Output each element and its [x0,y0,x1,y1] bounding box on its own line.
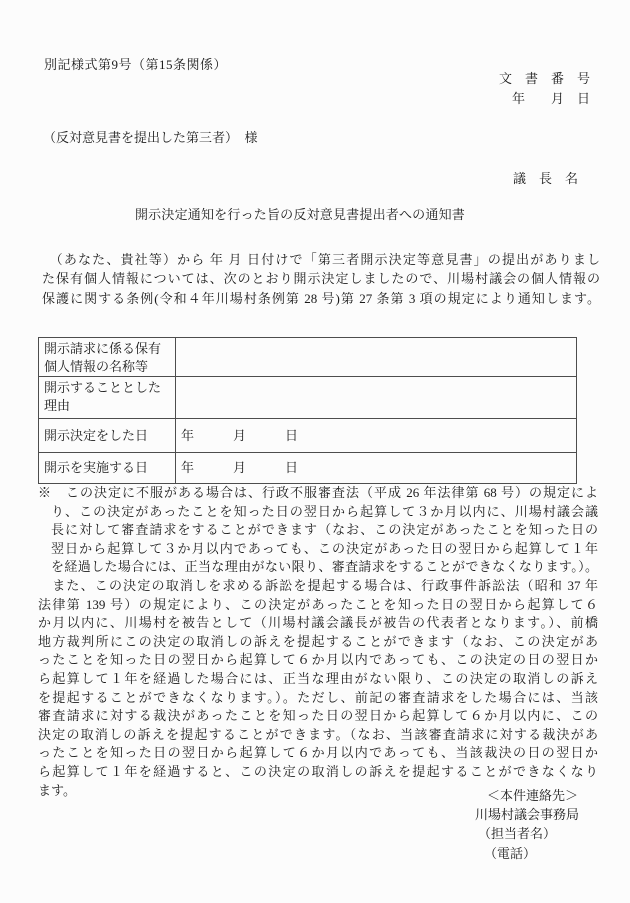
contact-person: （担当者名） [478,824,579,843]
note-line: 長に対して審査請求をすることができます（なお、この決定があったことを知った日の [38,521,598,540]
body-line: 保護に関する条例(令和４年川場村条例第 28 号)第 27 条第 3 項の規定に… [42,289,600,308]
note-line: ったことを知った日の翌日から起算して６か月以内であっても、当該裁決の日の翌日か [38,744,598,763]
note-line: ったことを知った日の翌日から起算して６か月以内であっても、この決定の日の翌日か [38,651,598,670]
body-line: （あなた、貴社等）から 年 月 日付けで「第三者開示決定等意見書」の提出がありま… [42,250,600,269]
note-line: を提起することができなくなります。）。ただし、前記の審査請求をした場合には、当該 [38,689,598,708]
row-label: 開示請求に係る保有 個人情報の名称等 [39,338,176,377]
table-row: 開示することとした 理由 [39,377,577,419]
note-line: また、この決定の取消しを求める訴訟を提起する場合は、行政事件訴訟法（昭和 37 … [38,577,598,596]
table-row: 開示を実施する日 年 月 日 [39,453,577,484]
note-paragraph: ※ この決定に不服がある場合は、行政不服審査法（平成 26 年法律第 68 号）… [38,484,598,800]
document-page: { "doc": { "form_number": "別記様式第9号（第15条関… [0,0,630,903]
row-value: 年 月 日 [176,419,577,453]
document-title: 開示決定通知を行った旨の反対意見書提出者への通知書 [0,204,600,223]
note-line: り、この決定があったことを知った日の翌日から起算して３か月以内に、川場村議会議 [38,503,598,522]
body-line: た保有個人情報については、次のとおり開示決定しましたので、川場村議会の個人情報の [42,269,600,288]
disclosure-table: 開示請求に係る保有 個人情報の名称等 開示することとした 理由 開示決定をした日… [38,337,577,484]
form-number: 別記様式第9号（第15条関係） [44,54,227,73]
row-value: 年 月 日 [176,453,577,484]
note-line: 地方裁判所にこの決定の取消しの訴えを提起することができます（なお、この決定があ [38,633,598,652]
doc-date-label: 年 月 日 [499,89,590,109]
table-row: 開示決定をした日 年 月 日 [39,419,577,453]
doc-number-block: 文 書 番 号 年 月 日 [499,69,590,109]
doc-number-label: 文 書 番 号 [499,69,590,89]
row-label: 開示を実施する日 [39,453,176,484]
contact-heading: ＜本件連絡先＞ [487,786,579,805]
note-line: 審査請求に対する裁決があったことを知った日の翌日から起算して６か月以内に、この [38,707,598,726]
contact-block: ＜本件連絡先＞ 川場村議会事務局 （担当者名） （電話） [475,786,579,863]
row-label: 開示することとした 理由 [39,377,176,419]
addressee-line: （反対意見書を提出した第三者） 様 [43,127,258,146]
chairman-name: 議 長 名 [513,168,578,187]
contact-phone: （電話） [484,844,579,863]
note-line: 決定の取消しの訴えを提起することができます。（なお、当該審査請求に対する裁決があ [38,726,598,745]
note-line: ※ この決定に不服がある場合は、行政不服審査法（平成 26 年法律第 68 号）… [38,484,598,503]
row-label: 開示決定をした日 [39,419,176,453]
note-line: 翌日から起算して３か月以内であっても、この決定があった日の翌日から起算して１年 [38,540,598,559]
row-value [176,377,577,419]
note-line: を経過した場合には、正当な理由がない限り、審査請求をすることができなくなります。… [38,558,598,577]
note-line: ら起算して１年を経過すると、この決定の取消しの訴えを提起することができなくなり [38,763,598,782]
contact-office: 川場村議会事務局 [475,805,579,824]
note-line: 法律第 139 号）の規定により、この決定があったことを知った日の翌日から起算し… [38,596,598,615]
body-paragraph: （あなた、貴社等）から 年 月 日付けで「第三者開示決定等意見書」の提出がありま… [42,250,600,308]
table-row: 開示請求に係る保有 個人情報の名称等 [39,338,577,377]
note-line: か月以内に、川場村を被告として（川場村議会議長が被告の代表者となります。）、前橋 [38,614,598,633]
note-line: ら起算して１年を経過した場合には、正当な理由がない限り、この決定の取消しの訴え [38,670,598,689]
row-value [176,338,577,377]
